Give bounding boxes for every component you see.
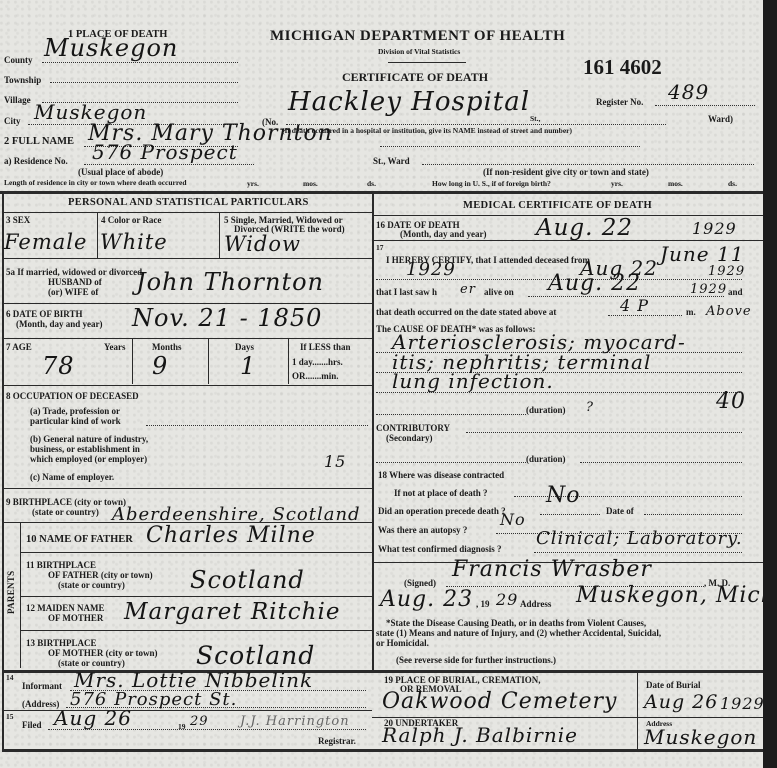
undertaker-value: Ralph J. Balbirnie [382, 725, 578, 745]
footnote-line-1: *State the Disease Causing Death, or in … [386, 618, 646, 628]
death-certificate: 1 PLACE OF DEATH County Muskegon Townshi… [0, 0, 763, 768]
mother-value: Margaret Ritchie [124, 602, 340, 622]
father-label: 10 NAME OF FATHER [26, 535, 133, 545]
us-yrs-label: yrs. [611, 179, 623, 189]
city-label: City [4, 116, 21, 126]
spouse-label-3: (or) WIFE of [48, 287, 98, 297]
medical-section-title: MEDICAL CERTIFICATE OF DEATH [463, 200, 652, 211]
st-label: St., [530, 114, 540, 124]
register-value: 489 [668, 82, 709, 102]
burial-value: Oakwood Cemetery [382, 692, 617, 712]
occupation-a-1: (a) Trade, profession or [30, 406, 120, 416]
residence-st-label: St., Ward [373, 156, 410, 166]
occupation-mark: 15 [324, 452, 346, 472]
duration-label: (duration) [526, 405, 566, 415]
date-of-label: Date of [606, 506, 634, 516]
attended-from: June 11 [660, 244, 744, 264]
spouse-label-2: HUSBAND of [48, 277, 102, 287]
marital-value: Widow [224, 234, 301, 254]
dob-label-2: (Month, day and year) [16, 319, 103, 329]
operation-label: Did an operation precede death ? [378, 506, 506, 516]
registrar-signature: J.J. Harrington [240, 712, 350, 732]
test-value: Clinical; Laboratory. [536, 529, 743, 549]
and-label: and [728, 287, 743, 297]
personal-section-title: PERSONAL AND STATISTICAL PARTICULARS [68, 197, 309, 208]
duration-mark: ? [586, 398, 594, 418]
signed-address-value: Muskegon, Mich [576, 586, 776, 606]
county-label: County [4, 55, 33, 65]
less-or-label: OR.......min. [292, 371, 339, 381]
autopsy-value: No [500, 510, 526, 530]
informant-label: Informant [22, 681, 62, 691]
dob-label-1: 6 DATE OF BIRTH [6, 309, 82, 319]
secondary-label: (Secondary) [386, 433, 433, 443]
father-birthplace-label-2: OF FATHER (city or town) [48, 570, 153, 580]
days-label: Days [235, 342, 254, 352]
duration-label-2: (duration) [526, 454, 566, 464]
sex-value: Female [4, 232, 87, 252]
age-days-value: 1 [240, 356, 256, 376]
undertaker-address-value: Muskegon [644, 727, 757, 747]
county-value: Muskegon [44, 38, 178, 58]
parents-label: PARENTS [6, 571, 16, 614]
cause-line-1: Arteriosclerosis; myocard- [392, 332, 686, 352]
certificate-title: CERTIFICATE OF DEATH [342, 70, 488, 85]
autopsy-label: Was there an autopsy ? [378, 525, 467, 535]
occupation-label: 8 OCCUPATION OF DECEASED [6, 391, 139, 401]
yrs-label: yrs. [247, 179, 259, 189]
occupation-b-2: business, or establishment in [30, 444, 140, 454]
signed-year-prefix: , 19 [476, 599, 490, 609]
burial-date-label: Date of Burial [646, 680, 701, 690]
operation-value: No [546, 486, 581, 506]
ds-label: ds. [367, 179, 376, 189]
scan-edge [763, 0, 777, 768]
dod-value: Aug. 22 [536, 218, 633, 238]
village-label: Village [4, 95, 31, 105]
less-day-label: 1 day.......hrs. [292, 357, 343, 367]
reverse-note: (See reverse side for further instructio… [396, 655, 556, 665]
mother-birthplace-label-3: (state or country) [58, 658, 125, 668]
full-name-label: 2 FULL NAME [4, 137, 74, 147]
us-ds-label: ds. [728, 179, 737, 189]
race-label: 4 Color or Race [101, 215, 161, 225]
spouse-label-1: 5a If married, widowed or divorced [6, 267, 142, 277]
age-months-value: 9 [152, 356, 168, 376]
duration-days: 40 [716, 392, 746, 412]
informant-number: 14 [6, 673, 14, 683]
informant-value: Mrs. Lottie Nibbelink [74, 670, 313, 690]
signed-address-label: Address [520, 599, 551, 609]
burial-date-value: Aug 26 [644, 692, 718, 712]
age-years-value: 78 [42, 356, 75, 376]
signed-value: Francis Wrasber [452, 560, 652, 580]
us-mos-label: mos. [668, 179, 683, 189]
dob-value: Nov. 21 - 1850 [132, 308, 322, 328]
city-value: Muskegon [34, 102, 147, 122]
father-birthplace-value: Scotland [190, 570, 305, 590]
years-label: Years [104, 342, 126, 352]
certify-number: 17 [376, 243, 384, 253]
length-residence-label: Length of residence in city or town wher… [4, 178, 187, 188]
death-time-label: that death occurred on the date stated a… [376, 307, 556, 317]
registrar-label: Registrar. [318, 736, 356, 746]
abode-note: (Usual place of abode) [78, 167, 163, 177]
meridiem-label: m. [686, 307, 696, 317]
mother-birthplace-label-1: 13 BIRTHPLACE [26, 638, 96, 648]
township-label: Township [4, 75, 41, 85]
signed-date: Aug. 23 [380, 590, 473, 610]
alive-on-label: alive on [484, 287, 514, 297]
register-label: Register No. [596, 97, 643, 107]
contracted-label: 18 Where was disease contracted [378, 470, 504, 480]
last-saw-value: Aug. 22 [548, 274, 641, 294]
not-place-label: If not at place of death ? [394, 488, 488, 498]
last-saw-label: that I last saw h [376, 287, 437, 297]
ward-label: Ward) [708, 114, 733, 124]
burial-year: 1929 [720, 694, 765, 714]
age-label: 7 AGE [6, 342, 32, 352]
footnote-line-3: or Homicidal. [376, 638, 429, 648]
residence-value: 576 Prospect [92, 142, 238, 162]
father-value: Charles Milne [146, 526, 316, 546]
filed-year-prefix: 19 [178, 722, 186, 732]
birthplace-label-2: (state or country) [32, 507, 99, 517]
father-birthplace-label-3: (state or country) [58, 580, 125, 590]
filed-value: Aug 26 [54, 708, 132, 728]
months-label: Months [152, 342, 182, 352]
mother-label-2: OF MOTHER [48, 613, 103, 623]
contributory-label: CONTRIBUTORY [376, 423, 450, 433]
time-note: Above [706, 302, 752, 322]
spouse-value: John Thornton [136, 272, 324, 292]
birthplace-label-1: 9 BIRTHPLACE (city or town) [6, 497, 126, 507]
footnote-line-2: state (1) Means and nature of Injury, an… [376, 628, 661, 638]
dod-year: 1929 [692, 219, 737, 239]
how-long-us-label: How long in U. S., if of foreign birth? [432, 179, 551, 189]
occupation-b-3: which employed (or employer) [30, 454, 147, 464]
test-label: What test confirmed diagnosis ? [378, 544, 502, 554]
less-than-label: If LESS than [300, 342, 351, 352]
last-saw-pronoun: er [460, 280, 476, 300]
mother-birthplace-value: Scotland [196, 646, 315, 666]
nonresident-note: (If non-resident give city or town and s… [483, 167, 649, 177]
mother-birthplace-label-2: OF MOTHER (city or town) [48, 648, 158, 658]
father-birthplace-label-1: 11 BIRTHPLACE [26, 560, 96, 570]
occupation-b-1: (b) General nature of industry, [30, 434, 148, 444]
filed-number: 15 [6, 712, 14, 722]
race-value: White [100, 232, 168, 252]
filed-year: 29 [190, 712, 209, 732]
department-title: MICHIGAN DEPARTMENT OF HEALTH [270, 28, 565, 45]
death-time-value: 4 P [620, 296, 649, 316]
attended-to-year: 1929 [708, 262, 745, 282]
attended-from-year: 1929 [406, 260, 456, 280]
mother-label-1: 12 MAIDEN NAME [26, 603, 105, 613]
cause-line-3: lung infection. [392, 371, 554, 391]
occupation-a-2: particular kind of work [30, 416, 121, 426]
certificate-number: 161 4602 [583, 55, 662, 80]
mos-label: mos. [303, 179, 318, 189]
occupation-c: (c) Name of employer. [30, 472, 114, 482]
institution-value: Hackley Hospital [288, 92, 530, 112]
sex-label: 3 SEX [6, 215, 30, 225]
division-label: Division of Vital Statistics [378, 47, 460, 57]
signed-year: 29 [496, 590, 518, 610]
residence-label: a) Residence No. [4, 156, 68, 166]
dod-label-2: (Month, day and year) [400, 229, 487, 239]
filed-label: Filed [22, 720, 42, 730]
last-saw-year: 1929 [690, 280, 727, 300]
